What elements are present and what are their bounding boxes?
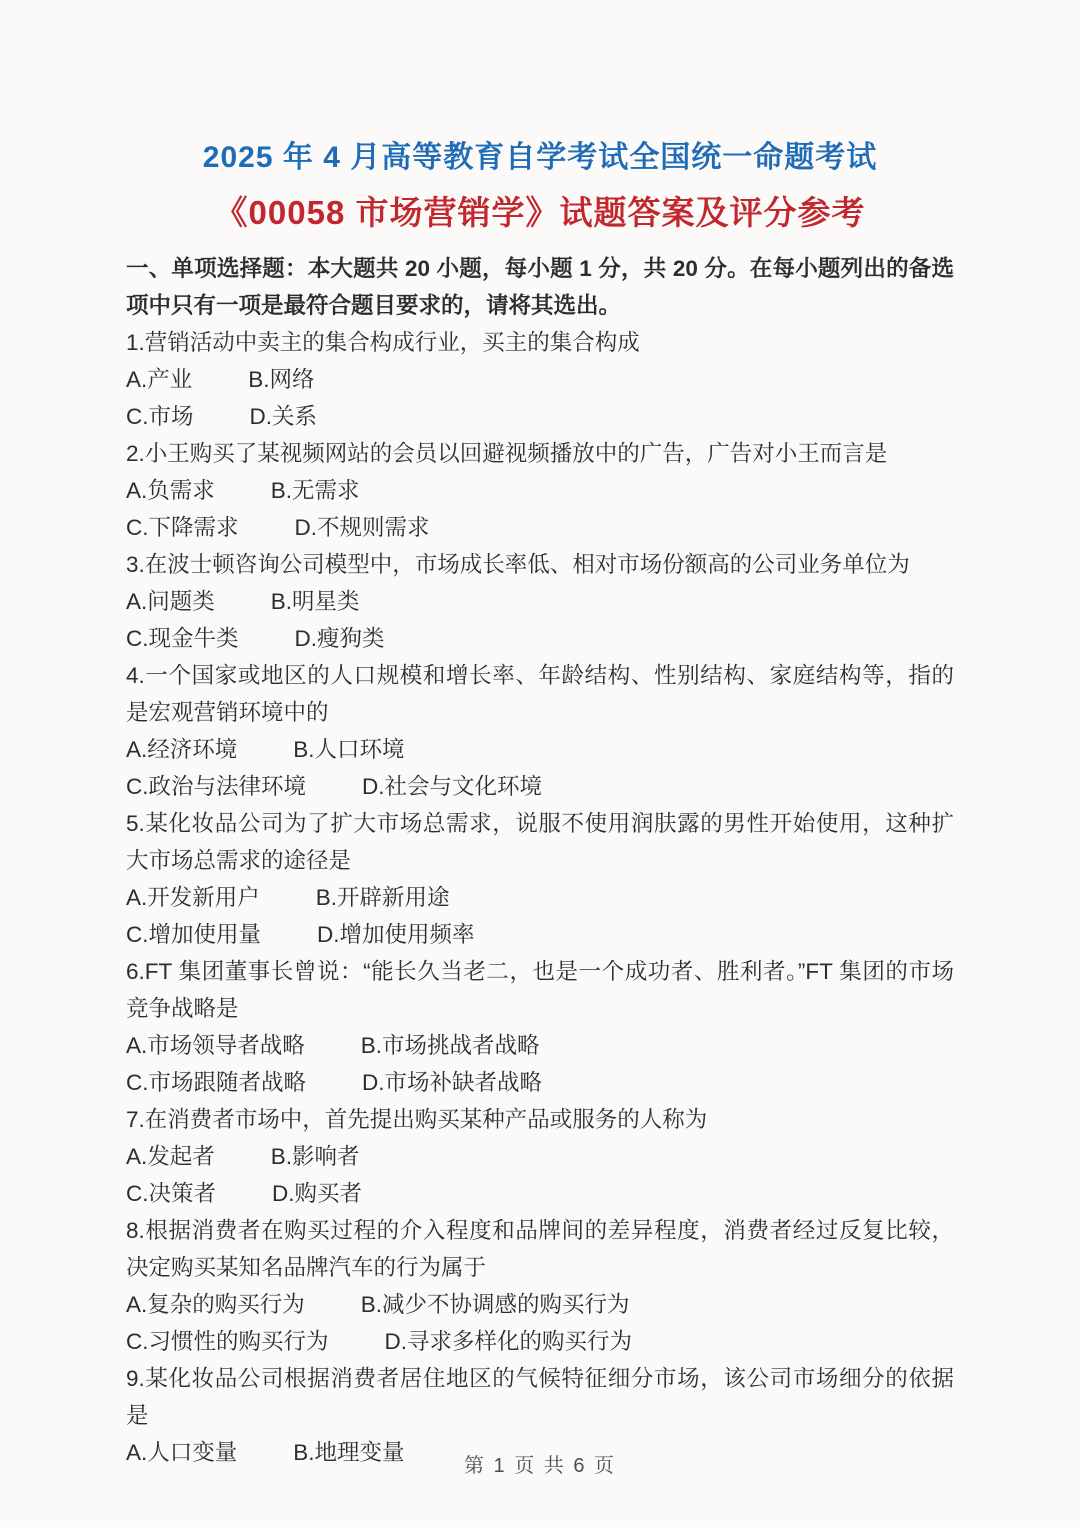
option-d: D.不规则需求: [295, 509, 430, 546]
question-5: 5.某化妆品公司为了扩大市场总需求，说服不使用润肤露的男性开始使用，这种扩大市场…: [126, 805, 954, 953]
option-a: A.发起者: [126, 1138, 215, 1175]
option-a: A.产业: [126, 361, 192, 398]
option-row: A.问题类 B.明星类: [126, 583, 954, 620]
question-7: 7.在消费者市场中，首先提出购买某种产品或服务的人称为 A.发起者 B.影响者 …: [126, 1101, 954, 1212]
option-a: A.市场领导者战略: [126, 1027, 305, 1064]
question-3: 3.在波士顿咨询公司模型中，市场成长率低、相对市场份额高的公司业务单位为 A.问…: [126, 546, 954, 657]
option-d: D.购买者: [272, 1175, 362, 1212]
option-row: C.下降需求 D.不规则需求: [126, 509, 954, 546]
option-row: C.习惯性的购买行为 D.寻求多样化的购买行为: [126, 1323, 954, 1360]
option-d: D.寻求多样化的购买行为: [385, 1323, 633, 1360]
question-text: 3.在波士顿咨询公司模型中，市场成长率低、相对市场份额高的公司业务单位为: [126, 546, 954, 583]
option-row: C.决策者 D.购买者: [126, 1175, 954, 1212]
question-8: 8.根据消费者在购买过程的介入程度和品牌间的差异程度，消费者经过反复比较，决定购…: [126, 1212, 954, 1360]
question-text: 1.营销活动中卖主的集合构成行业，买主的集合构成: [126, 324, 954, 361]
question-1: 1.营销活动中卖主的集合构成行业，买主的集合构成 A.产业 B.网络 C.市场 …: [126, 324, 954, 435]
question-text: 6.FT 集团董事长曾说：“能长久当老二，也是一个成功者、胜利者。”FT 集团的…: [126, 953, 954, 1027]
option-c: C.下降需求: [126, 509, 239, 546]
option-row: C.政治与法律环境 D.社会与文化环境: [126, 768, 954, 805]
option-a: A.经济环境: [126, 731, 237, 768]
exam-title: 2025 年 4 月高等教育自学考试全国统一命题考试: [60, 136, 1020, 180]
option-c: C.决策者: [126, 1175, 216, 1212]
option-row: A.产业 B.网络: [126, 361, 954, 398]
option-c: C.市场: [126, 398, 194, 435]
option-b: B.人口环境: [293, 731, 404, 768]
option-b: B.市场挑战者战略: [361, 1027, 540, 1064]
paper-title: 《00058 市场营销学》试题答案及评分参考: [60, 189, 1020, 237]
option-row: C.增加使用量 D.增加使用频率: [126, 916, 954, 953]
option-d: D.增加使用频率: [317, 916, 475, 953]
question-text: 2.小王购买了某视频网站的会员以回避视频播放中的广告，广告对小王而言是: [126, 435, 954, 472]
option-c: C.政治与法律环境: [126, 768, 306, 805]
option-c: C.增加使用量: [126, 916, 261, 953]
question-text: 5.某化妆品公司为了扩大市场总需求，说服不使用润肤露的男性开始使用，这种扩大市场…: [126, 805, 954, 879]
option-d: D.市场补缺者战略: [362, 1064, 542, 1101]
question-4: 4.一个国家或地区的人口规模和增长率、年龄结构、性别结构、家庭结构等，指的是宏观…: [126, 657, 954, 805]
option-b: B.无需求: [271, 472, 360, 509]
exam-paper-page: 2025 年 4 月高等教育自学考试全国统一命题考试 《00058 市场营销学》…: [0, 0, 1080, 1527]
option-row: C.市场跟随者战略 D.市场补缺者战略: [126, 1064, 954, 1101]
question-text: 4.一个国家或地区的人口规模和增长率、年龄结构、性别结构、家庭结构等，指的是宏观…: [126, 657, 954, 731]
option-b: B.明星类: [271, 583, 360, 620]
option-a: A.负需求: [126, 472, 215, 509]
option-a: A.问题类: [126, 583, 215, 620]
option-row: A.负需求 B.无需求: [126, 472, 954, 509]
option-d: D.社会与文化环境: [362, 768, 542, 805]
option-row: A.复杂的购买行为 B.减少不协调感的购买行为: [126, 1286, 954, 1323]
option-row: C.市场 D.关系: [126, 398, 954, 435]
option-c: C.习惯性的购买行为: [126, 1323, 329, 1360]
option-c: C.现金牛类: [126, 620, 239, 657]
page-footer: 第 1 页 共 6 页: [0, 1452, 1080, 1480]
option-row: A.经济环境 B.人口环境: [126, 731, 954, 768]
option-row: A.发起者 B.影响者: [126, 1138, 954, 1175]
option-b: B.开辟新用途: [316, 879, 450, 916]
question-text: 9.某化妆品公司根据消费者居住地区的气候特征细分市场，该公司市场细分的依据是: [126, 1360, 954, 1434]
option-c: C.市场跟随者战略: [126, 1064, 306, 1101]
question-2: 2.小王购买了某视频网站的会员以回避视频播放中的广告，广告对小王而言是 A.负需…: [126, 435, 954, 546]
option-b: B.减少不协调感的购买行为: [361, 1286, 630, 1323]
option-a: A.开发新用户: [126, 879, 260, 916]
option-a: A.复杂的购买行为: [126, 1286, 305, 1323]
option-row: A.市场领导者战略 B.市场挑战者战略: [126, 1027, 954, 1064]
option-b: B.网络: [248, 361, 314, 398]
option-row: A.开发新用户 B.开辟新用途: [126, 879, 954, 916]
section-intro: 一、单项选择题：本大题共 20 小题，每小题 1 分，共 20 分。在每小题列出…: [126, 250, 954, 324]
question-6: 6.FT 集团董事长曾说：“能长久当老二，也是一个成功者、胜利者。”FT 集团的…: [126, 953, 954, 1101]
option-d: D.瘦狗类: [295, 620, 385, 657]
option-b: B.影响者: [271, 1138, 360, 1175]
question-text: 7.在消费者市场中，首先提出购买某种产品或服务的人称为: [126, 1101, 954, 1138]
question-text: 8.根据消费者在购买过程的介入程度和品牌间的差异程度，消费者经过反复比较，决定购…: [126, 1212, 954, 1286]
option-row: C.现金牛类 D.瘦狗类: [126, 620, 954, 657]
option-d: D.关系: [250, 398, 318, 435]
question-section: 一、单项选择题：本大题共 20 小题，每小题 1 分，共 20 分。在每小题列出…: [126, 250, 954, 1471]
